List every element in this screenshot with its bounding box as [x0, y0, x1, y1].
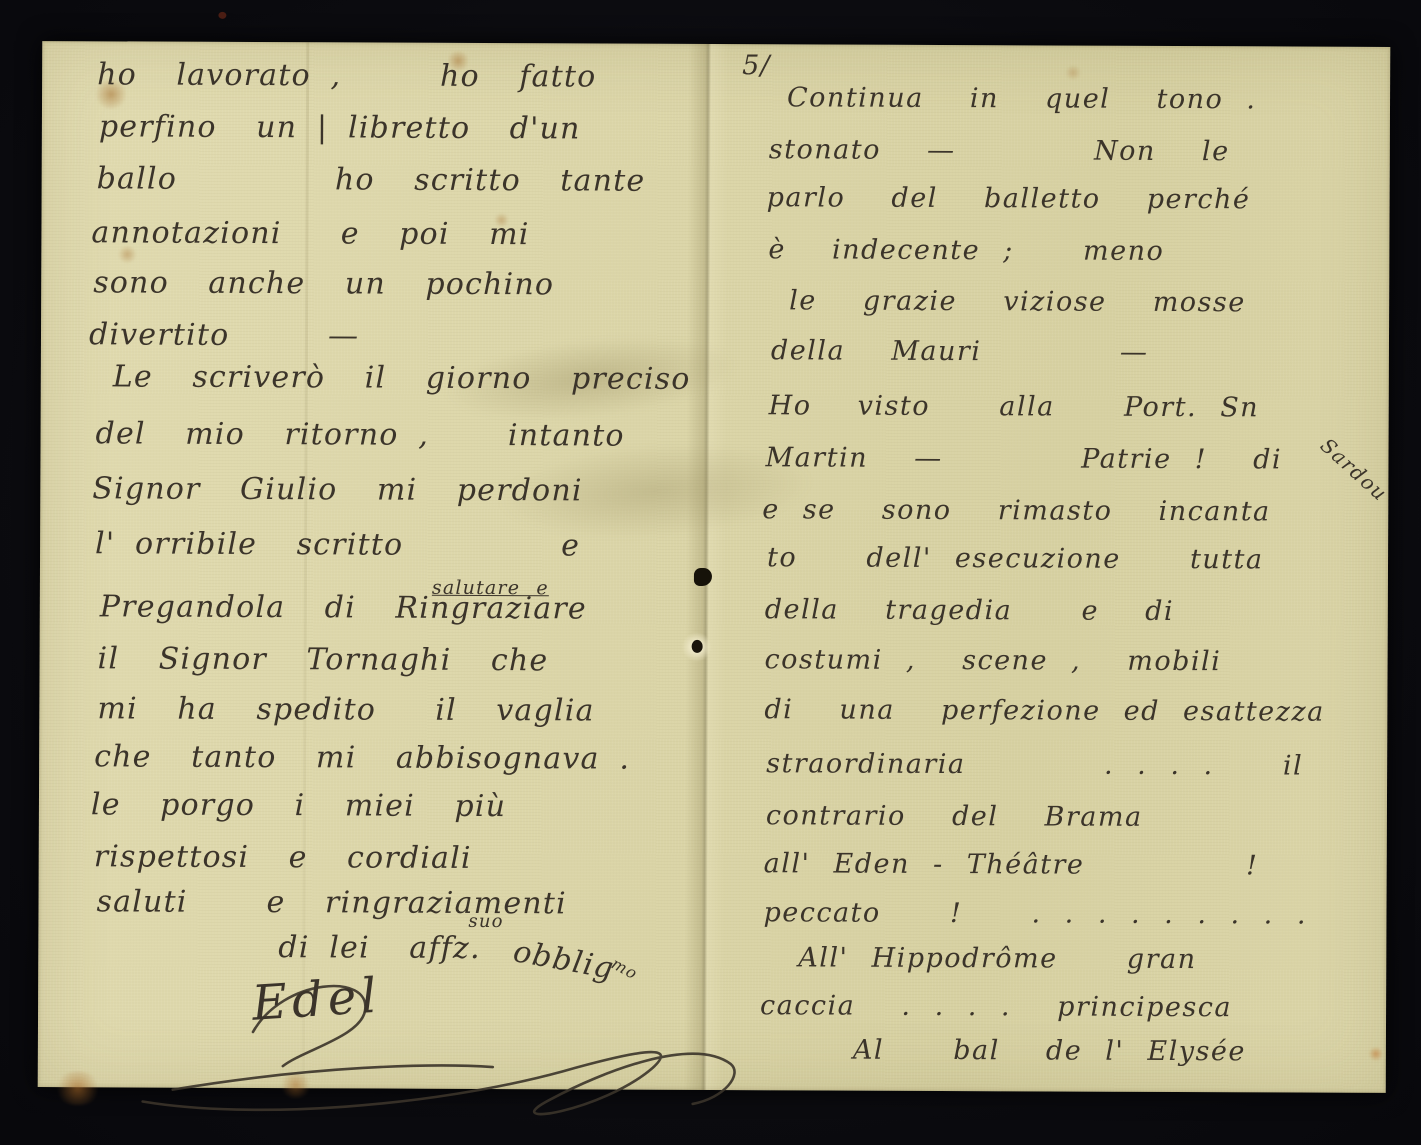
handwriting-line: to dell' esecuzione tutta	[767, 544, 1264, 575]
dust-speck	[218, 12, 226, 19]
handwriting-line: Continua in quel tono .	[787, 84, 1257, 114]
handwriting-line: Martin — Patrie ! di	[765, 444, 1282, 475]
handwriting-line: contrario del Brama	[766, 802, 1143, 832]
letter-paper: ho lavorato , ho fattoperfino un | libre…	[38, 41, 1391, 1093]
handwriting-line: della Mauri —	[771, 337, 1149, 367]
handwriting-line: e se sono rimasto incanta	[762, 496, 1271, 527]
handwriting-line: All' Hippodrôme gran	[798, 944, 1196, 974]
handwriting-line: all' Eden - Théâtre !	[764, 850, 1259, 881]
handwriting-line: Sardou	[1316, 435, 1391, 506]
handwriting-line: parlo del balletto perché	[767, 184, 1251, 214]
handwriting-line: peccato ! . . . . . . . . .	[763, 899, 1307, 930]
signature-flourish	[133, 969, 764, 1132]
handwriting-line: di una perfezione ed esattezza	[764, 696, 1324, 727]
handwriting-line: è indecente ; meno	[768, 236, 1164, 266]
page-right: Continua in quel tono .stonato — Non lep…	[38, 41, 1391, 1093]
page-number: 5/	[742, 50, 770, 81]
handwriting-line: le grazie viziose mosse	[789, 287, 1246, 317]
handwriting-line: costumi , scene , mobili	[765, 646, 1222, 676]
handwriting-line: della tragedia e di	[765, 596, 1174, 626]
handwriting-line: caccia . . . . principesca	[760, 992, 1232, 1022]
handwriting-line: Al bal de l' Elysée	[853, 1037, 1246, 1067]
signature: Edel	[250, 968, 383, 1032]
handwriting-line: Ho visto alla Port. Sn	[769, 392, 1260, 422]
handwriting-line: stonato — Non le	[769, 136, 1230, 166]
handwriting-line: straordinaria . . . . il	[766, 750, 1303, 781]
scan-background: { "document": { "kind": "handwritten-let…	[0, 0, 1421, 1145]
